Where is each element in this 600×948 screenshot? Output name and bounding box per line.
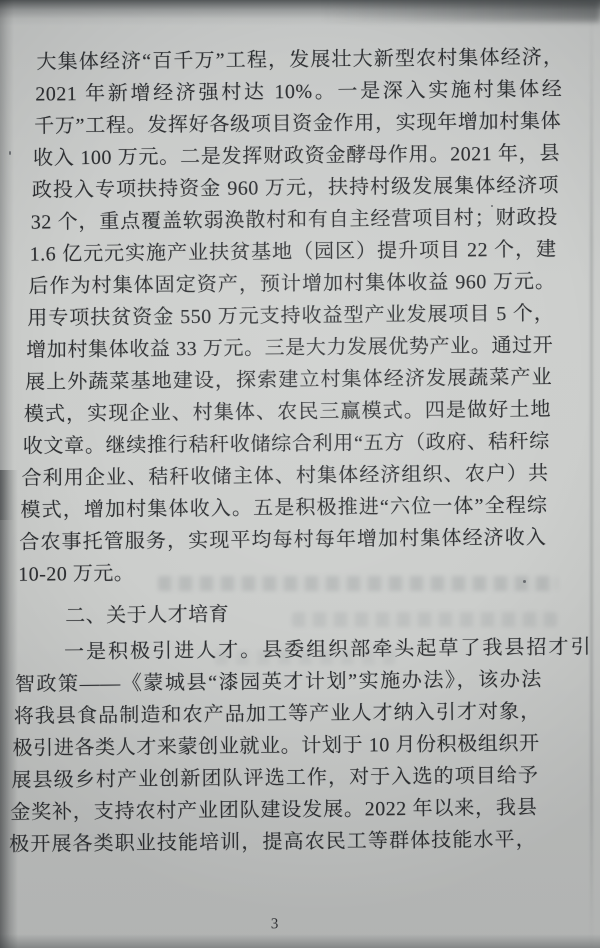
- text-line: 1.6 亿元元实施产业扶贫基地（园区）提升项目 22 个，建成: [29, 234, 556, 271]
- text-line: 展上外蔬菜基地建设，探索建立村集体经济发展蔬菜产业新: [25, 362, 552, 399]
- paper-page: 大集体经济“百千万”工程，发展壮大新型农村集体经济，2021 年新增经济强村达 …: [0, 0, 600, 948]
- text-line: 模式，实现企业、村集体、农民三赢模式。四是做好土地增: [24, 394, 551, 431]
- ink-speck: [9, 151, 11, 155]
- document-body-text: 大集体经济“百千万”工程，发展壮大新型农村集体经济，2021 年新增经济强村达 …: [0, 41, 600, 861]
- text-line: 2021 年新增经济强村达 10%。一是深入实施村集体经济“百: [35, 73, 562, 110]
- text-line: 收文章。继续推行秸秆收储综合利用“五方（政府、秸秆综: [23, 426, 550, 463]
- text-line: 大集体经济“百千万”工程，发展壮大新型农村集体经济，: [36, 41, 563, 78]
- ink-speck: [523, 580, 526, 583]
- text-line: 将我县食品制造和农产品加工等产业人才纳入引才对象，积: [14, 696, 541, 733]
- text-line: 合利用企业、秸秆收储主体、村集体经济组织、农户）共赢”: [21, 458, 548, 495]
- document-photo: 大集体经济“百千万”工程，发展壮大新型农村集体经济，2021 年新增经济强村达 …: [0, 0, 600, 948]
- text-line: 金奖补，支持农村产业团队建设发展。2022 年以来，我县积: [10, 792, 537, 829]
- text-line: 极开展各类职业技能培训，提高农民工等群体技能水平，促: [9, 824, 536, 861]
- page-number: 3: [271, 916, 279, 933]
- text-line: 收入 100 万元。二是发挥财政资金酵母作用。2021 年，县财: [33, 137, 560, 174]
- section-heading: 二、关于人才培育: [65, 595, 592, 632]
- text-line: 展县级乡村产业创新团队评选工作，对于入选的项目给予资: [11, 760, 538, 797]
- text-line: 用专项扶贫资金 550 万元支持收益型产业发展项目 5 个，年: [27, 298, 554, 335]
- text-line: 模式，增加村集体收入。五是积极推进“六位一体”全程综: [20, 490, 547, 527]
- text-line: 政投入专项扶持资金 960 万元，扶持村级发展集体经济项目: [32, 170, 559, 207]
- text-line: 32 个，重点覆盖软弱涣散村和有自主经营项目村；财政投资: [31, 202, 558, 239]
- text-line: 增加村集体收益 33 万元。三是大力发展优势产业。通过开: [26, 330, 553, 367]
- text-line: 极引进各类人才来蒙创业就业。计划于 10 月份积极组织开: [12, 728, 539, 765]
- text-line: 10-20 万元。: [18, 554, 545, 591]
- text-line: 千万”工程。发挥好各级项目资金作用，实现年增加村集体: [34, 105, 561, 142]
- text-line: 合农事托管服务，实现平均每村每年增加村集体经济收入: [19, 522, 546, 559]
- text-line: 后作为村集体固定资产，预计增加村集体收益 960 万元。利: [28, 266, 555, 303]
- ink-speck: [491, 205, 493, 207]
- text-line: 智政策——《蒙城县“漆园英才计划”实施办法》，该办法: [15, 664, 542, 701]
- text-line: 一是积极引进人才。县委组织部牵头起草了我县招才引: [64, 631, 591, 668]
